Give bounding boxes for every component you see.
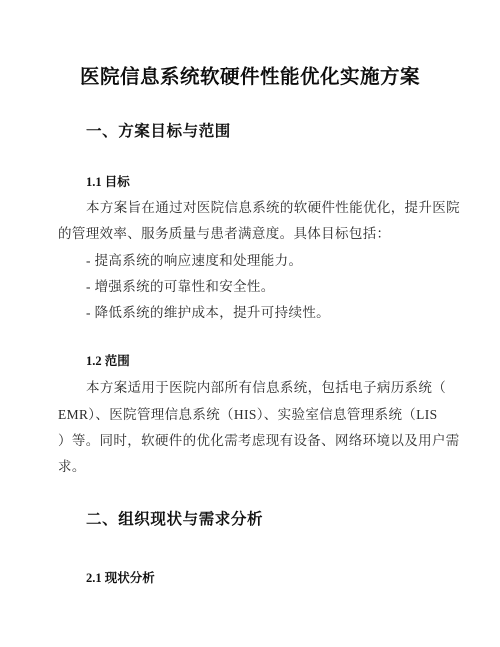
paragraph-line: 求。 — [58, 455, 86, 475]
section-heading-1: 一、方案目标与范围 — [86, 119, 231, 141]
paragraph-line: ）等。同时，软硬件的优化需考虑现有设备、网络环境以及用户需 — [58, 429, 460, 449]
document-title: 医院信息系统软硬件性能优化实施方案 — [0, 61, 500, 89]
subsection-heading-2-1: 2.1 现状分析 — [86, 568, 155, 586]
paragraph-line: EMR）、医院管理信息系统（HIS）、实验室信息管理系统（LIS — [58, 403, 437, 423]
subsection-heading-1-2: 1.2 范围 — [86, 351, 130, 369]
paragraph-line: 的管理效率、服务质量与患者满意度。具体目标包括： — [58, 222, 390, 242]
bullet-item: - 增强系统的可靠性和安全性。 — [86, 275, 275, 295]
section-heading-2: 二、组织现状与需求分析 — [86, 507, 263, 529]
paragraph-line: 本方案旨在通过对医院信息系统的软硬件性能优化，提升医院 — [86, 196, 460, 216]
bullet-item: - 降低系统的维护成本，提升可持续性。 — [86, 301, 330, 321]
subsection-heading-1-1: 1.1 目标 — [86, 172, 130, 190]
bullet-item: - 提高系统的响应速度和处理能力。 — [86, 249, 302, 269]
paragraph-line: 本方案适用于医院内部所有信息系统，包括电子病历系统（ — [86, 376, 446, 396]
document-page: 医院信息系统软硬件性能优化实施方案 一、方案目标与范围 1.1 目标 本方案旨在… — [0, 0, 500, 647]
